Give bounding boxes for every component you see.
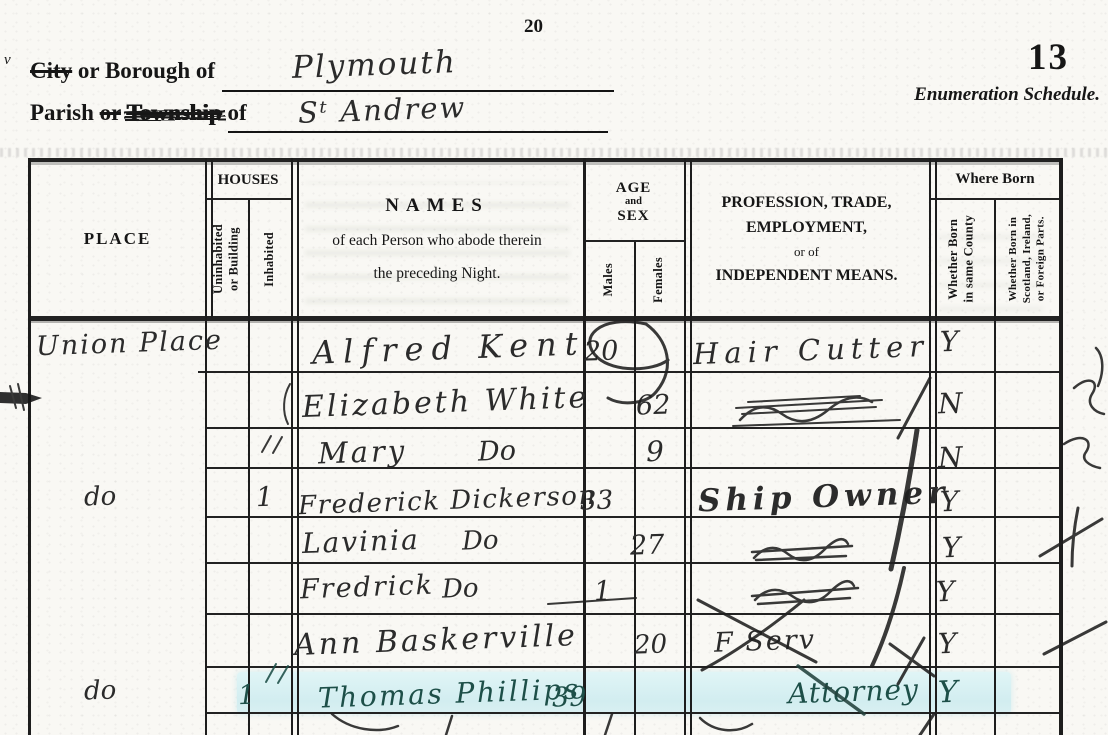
- cell-born-county: Y: [940, 488, 959, 517]
- cell-males: 39: [552, 683, 587, 711]
- margin-stroke: [1044, 622, 1106, 654]
- cell-ditto: Do: [478, 437, 517, 465]
- names-sub2-label: the preceding Night.: [374, 265, 501, 283]
- header-houses: HOUSES: [205, 162, 291, 198]
- margin-hook: [1096, 348, 1102, 386]
- cell-born-county: Y: [940, 328, 959, 357]
- parish-value-handwritten: Sᵗ Andrew: [298, 93, 467, 128]
- uninhabited-line2: or Building: [227, 224, 243, 294]
- row-line: [198, 371, 1061, 373]
- cell-name: Alfred Kent: [312, 327, 586, 369]
- strike-lines: [733, 396, 900, 426]
- schedule-label: Enumeration Schedule.: [855, 84, 1100, 106]
- cell-females: 9: [646, 438, 665, 467]
- header-females: Females: [634, 242, 684, 318]
- cell-profession: Hair Cutter: [693, 332, 930, 369]
- profession-line1: PROFESSION, TRADE,: [722, 194, 892, 212]
- cell-place: do: [84, 677, 117, 704]
- strike-lines: [752, 546, 852, 560]
- header-born-county: Whether Born in same County: [929, 200, 994, 318]
- uninhabited-line1: Uninhabited: [211, 224, 227, 294]
- partial-row-stroke: [920, 714, 934, 735]
- header-born-elsewhere: Whether Born in Scotland, Ireland, or Fo…: [994, 200, 1061, 318]
- born-county-header-label: Whether Born in same County: [946, 215, 977, 303]
- partial-row-stroke: [332, 714, 398, 730]
- born-county-line2: in same County: [962, 215, 978, 303]
- cell-ditto: Do: [462, 527, 499, 554]
- inhabited-header-label: Inhabited: [262, 232, 278, 287]
- uninhabited-header-label: Uninhabited or Building: [211, 224, 242, 294]
- females-header-label: Females: [651, 257, 667, 303]
- cell-name: Lavinia: [302, 526, 421, 558]
- partial-row-stroke: [700, 718, 752, 730]
- cell-inhabited: 1: [238, 682, 256, 710]
- cell-females: 27: [630, 531, 665, 559]
- cell-place: Union Place: [36, 327, 224, 361]
- header-names: NAMES of each Person who abode therein t…: [291, 160, 583, 318]
- cell-born-county: Y: [942, 534, 961, 563]
- dash-mark: [548, 598, 636, 604]
- check-mark: v: [4, 52, 11, 69]
- row-line: [205, 562, 1061, 564]
- cell-females: 20: [634, 631, 668, 658]
- parish-line-label: Parish or Township of: [30, 100, 247, 126]
- borough-line-label: City or Borough of: [30, 58, 215, 84]
- row-line: [205, 427, 1061, 429]
- ditto-ticks: [262, 436, 282, 453]
- born-county-line1: Whether Born: [946, 215, 962, 303]
- profession-line2: EMPLOYMENT,: [746, 219, 867, 237]
- struck-out-word: [754, 539, 848, 560]
- header-inhabited: Inhabited: [248, 200, 291, 318]
- bold-slash: [872, 568, 904, 666]
- cell-ditto: Do: [442, 575, 479, 602]
- cell-profession: Attorney: [788, 676, 920, 709]
- cell-profession: F Serv: [714, 626, 817, 657]
- houses-header-label: HOUSES: [218, 172, 279, 189]
- born-elsewhere-line1: Whether Born in: [1007, 214, 1021, 303]
- cell-name: Frederick Dickerson: [298, 483, 597, 519]
- strike-lines: [752, 588, 858, 604]
- place-header-label: PLACE: [84, 229, 152, 249]
- cell-born-county: N: [938, 444, 963, 473]
- cell-males: 20: [584, 337, 619, 365]
- header-where-born: Where Born: [929, 160, 1061, 198]
- township-word-struck: Township: [127, 100, 222, 125]
- cell-profession: Ship Owner: [698, 478, 950, 518]
- age-label: AGE: [616, 180, 652, 197]
- born-elsewhere-line2: Scotland, Ireland,: [1021, 214, 1035, 303]
- cell-name: Ann Baskerville: [294, 621, 579, 661]
- row-line: [205, 666, 1061, 668]
- and-label: and: [625, 196, 642, 208]
- header-place: PLACE: [30, 160, 205, 318]
- struck-out-word: [755, 581, 854, 602]
- cell-place: do: [84, 483, 117, 510]
- borough-value-handwritten: Plymouth: [292, 47, 458, 84]
- profession-line4: INDEPENDENT MEANS.: [716, 267, 898, 285]
- cell-born-county: N: [938, 390, 963, 419]
- males-header-label: Males: [601, 263, 617, 296]
- margin-blot: [0, 392, 42, 404]
- cell-name: Elizabeth White: [302, 383, 590, 423]
- stray-mark: [284, 384, 290, 424]
- profession-line3: or of: [794, 244, 819, 260]
- scan-artifact-band: [0, 148, 1108, 157]
- cell-females: 62: [636, 391, 671, 419]
- struck-out-word: [740, 398, 872, 422]
- parish-word: Parish: [30, 100, 94, 125]
- header-uninhabited: Uninhabited or Building: [205, 200, 248, 318]
- city-word-struck: City: [30, 58, 72, 83]
- or-word-struck: or: [100, 100, 121, 125]
- cell-born-county: Y: [937, 678, 958, 709]
- header-profession: PROFESSION, TRADE, EMPLOYMENT, or of IND…: [684, 160, 929, 318]
- page-number: 20: [524, 16, 543, 38]
- names-title-label: NAMES: [385, 195, 489, 217]
- cell-name: Mary: [318, 436, 408, 468]
- cell-inhabited: 1: [256, 484, 274, 512]
- cell-name: Fredrick: [300, 572, 435, 604]
- cell-males: 1: [594, 578, 612, 606]
- cell-born-county: Y: [938, 630, 957, 659]
- margin-blot-spikes: [10, 384, 24, 410]
- row-line: [205, 613, 1061, 615]
- names-sub1-label: of each Person who abode therein: [332, 232, 542, 250]
- margin-hook: [1074, 381, 1104, 414]
- header-age-sex: AGE and SEX: [583, 164, 684, 240]
- parish-blank-underline: [228, 131, 608, 133]
- margin-hook: [1064, 438, 1100, 468]
- census-page: v City or Borough of Plymouth Parish or …: [0, 0, 1108, 735]
- borough-of-label: or Borough of: [78, 58, 215, 83]
- partial-row-stroke: [446, 714, 612, 735]
- cell-born-county: Y: [936, 578, 955, 607]
- cell-males: 33: [580, 487, 614, 514]
- born-elsewhere-line3: or Foreign Parts.: [1034, 214, 1048, 303]
- slash-mark: [898, 378, 930, 438]
- schedule-number: 13: [1028, 36, 1069, 79]
- header-males: Males: [583, 242, 634, 318]
- sex-label: SEX: [617, 208, 649, 225]
- of-word: of: [228, 100, 247, 125]
- born-elsewhere-header-label: Whether Born in Scotland, Ireland, or Fo…: [1007, 214, 1048, 303]
- where-born-label: Where Born: [955, 171, 1034, 188]
